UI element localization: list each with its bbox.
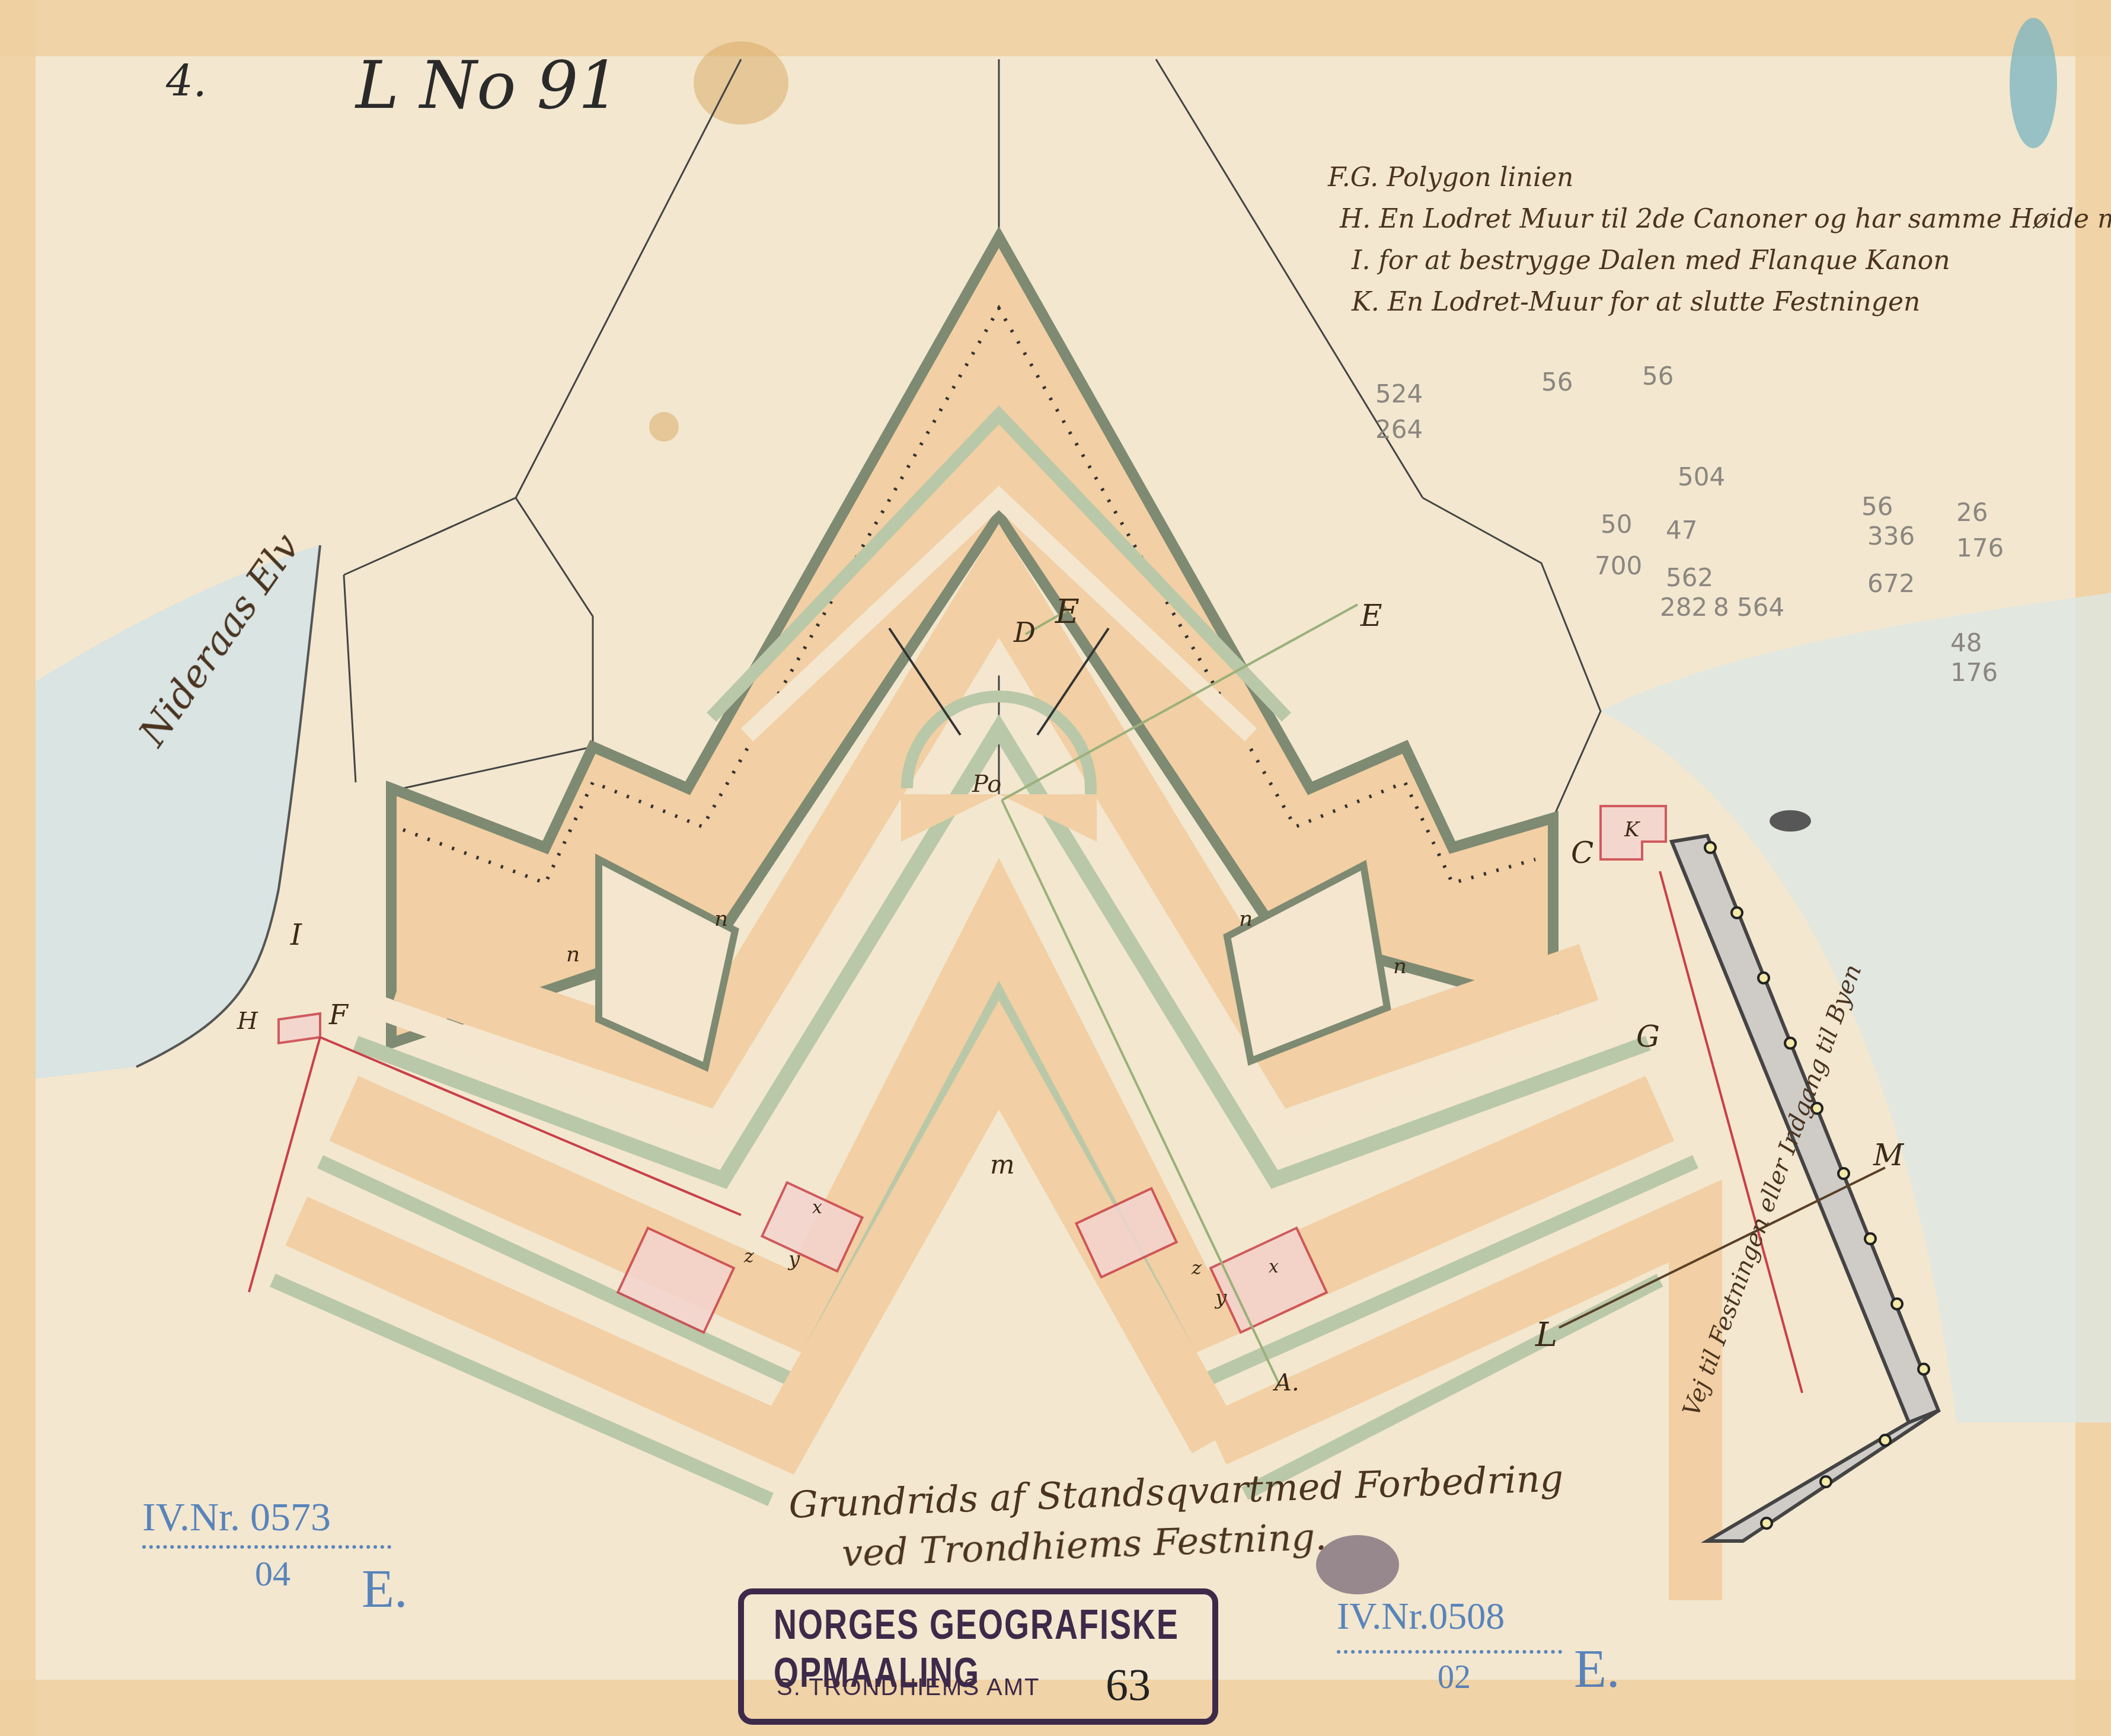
pencil-calc: 47	[1666, 516, 1697, 545]
point-label-C: C	[1571, 836, 1593, 870]
pencil-calc: 56	[1541, 367, 1573, 397]
pencil-calc: 56	[1861, 492, 1893, 521]
point-label-G: G	[1636, 1019, 1660, 1054]
pencil-calc: 56	[1642, 362, 1674, 391]
corner-number: 4.	[166, 56, 207, 106]
point-label-y: y	[788, 1248, 800, 1271]
pencil-calc: 176	[1950, 658, 1998, 687]
pencil-calc: 564	[1737, 593, 1784, 622]
pencil-calc: 672	[1867, 569, 1915, 598]
point-label-F: F	[329, 999, 348, 1031]
institution-number: 63	[1106, 1660, 1151, 1711]
point-label-z: z	[744, 1245, 754, 1267]
pencil-calc: 700	[1595, 551, 1642, 580]
institution-district: S. TRONDHIEMS AMT	[777, 1674, 1040, 1701]
point-label-D: D	[1014, 616, 1036, 648]
ink-fingerprint	[1316, 1535, 1399, 1594]
pencil-calc: 562	[1666, 563, 1713, 592]
point-label-H: H	[237, 1008, 258, 1035]
legend-item: H. En Lodret Muur til 2de Canoner og har…	[1328, 199, 2111, 240]
point-label-E-right: E	[1361, 599, 1382, 633]
point-label-A: A.	[1275, 1369, 1299, 1396]
archive-stamp-left: IV.Nr. 0573 04 E.	[142, 1494, 391, 1594]
point-label-x: x	[812, 1197, 822, 1218]
point-label-y: y	[1215, 1286, 1227, 1310]
institution-stamp: NORGES GEOGRAFISKE OPMAALING S. TRONDHIE…	[738, 1588, 1218, 1725]
point-label-z: z	[1192, 1257, 1202, 1279]
center-point-label: Po	[972, 771, 1001, 798]
point-label-I: I	[290, 919, 302, 952]
point-label-x: x	[1269, 1257, 1279, 1277]
point-label-m: m	[990, 1150, 1015, 1180]
point-label-n: n	[1393, 954, 1407, 979]
pencil-calc: 336	[1867, 522, 1915, 551]
legend-item: F.G. Polygon linien	[1328, 157, 2111, 199]
point-label-E: E	[1055, 593, 1080, 631]
pencil-calc: 282	[1660, 593, 1707, 622]
legend: F.G. Polygon linien H. En Lodret Muur ti…	[1328, 157, 2111, 323]
map-sheet: 4. L No 91 F.G. Polygon linien H. En Lod…	[0, 0, 2111, 1736]
archive-stamp-right: IV.Nr.0508 02 E.	[1337, 1594, 1562, 1696]
ink-blot	[1770, 810, 1811, 832]
point-label-n: n	[714, 907, 728, 931]
legend-item: K. En Lodret-Muur for at slutte Festning…	[1328, 282, 2111, 323]
brown-stain	[694, 41, 788, 124]
water-stain	[2010, 18, 2057, 148]
point-label-L: L	[1535, 1316, 1557, 1354]
pencil-calc: 8	[1713, 593, 1729, 622]
pencil-calc: 48	[1950, 628, 1982, 657]
legend-item: I. for at bestrygge Dalen med Flanque Ka…	[1328, 240, 2111, 282]
point-label-K: K	[1624, 818, 1639, 842]
pencil-calc: 524	[1375, 379, 1423, 408]
point-label-n: n	[566, 942, 580, 967]
pencil-calc: 50	[1601, 510, 1632, 539]
pencil-calc: 26	[1956, 498, 1988, 527]
pencil-calc: 504	[1678, 462, 1725, 491]
pencil-calc: 176	[1956, 533, 2004, 562]
catalog-number: L No 91	[356, 47, 619, 123]
brown-stain	[649, 412, 679, 442]
point-label-n: n	[1239, 907, 1253, 931]
pencil-calc: 264	[1375, 415, 1423, 444]
river-water	[36, 545, 320, 1079]
point-label-M: M	[1873, 1138, 1904, 1172]
